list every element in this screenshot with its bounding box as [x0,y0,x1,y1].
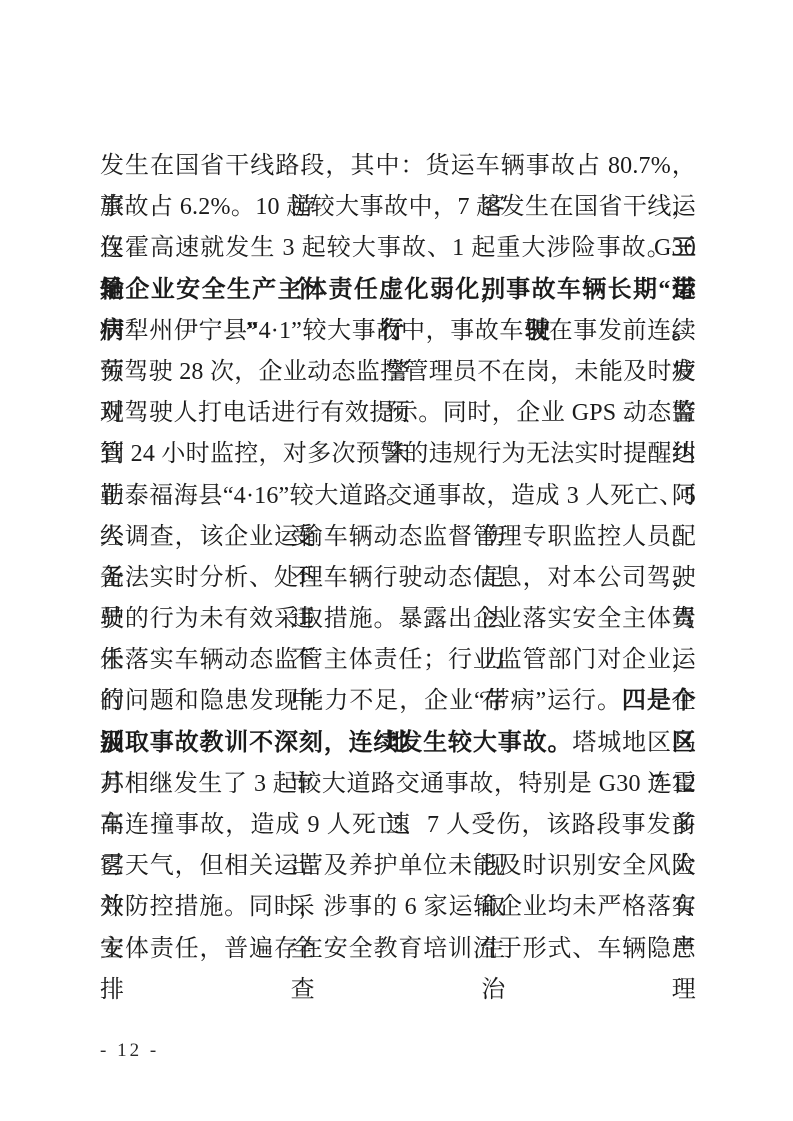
text-line: 未落实车辆动态监管主体责任；行业监管部门对企业运行中存在 [100,640,696,681]
text-line: 雾天气，但相关运营及养护单位未能及时识别安全风险并采取有 [100,846,696,887]
text-segment: 主体责任，普遍存在安全教育培训流于形式、车辆隐患排查治理 [100,936,696,1003]
text-segment-bold: 汲取事故教训不深刻，连续发生较大事故。 [100,730,572,756]
text-line: 事故占 6.2%。10 起较大事故中，7 起发生在国省干线，仅 G30 [100,187,696,228]
text-line: 无法实时分析、处理车辆行驶动态信息，对本公司驾驶员违法驾 [100,558,696,599]
text-line: 汲取事故教训不深刻，连续发生较大事故。塔城地区乌苏市 7-12 [100,723,696,764]
text-line: 对驾驶人打电话进行有效提示。同时，企业 GPS 动态监管未达 [100,393,696,434]
text-line: 连霍高速就发生 3 起较大事故、1 起重大涉险事故。三是个别运 [100,228,696,269]
text-line: 效防控措施。同时，涉事的 6 家运输企业均未严格落实安全生产 [100,887,696,928]
text-line: 驶的行为未有效采取措施。暴露出企业落实安全主体责任不力， [100,599,696,640]
text-line: 经调查，该企业运输车辆动态监督管理专职监控人员配备不足， [100,517,696,558]
text-segment: 的问题和隐患发现能力不足，企业“带病”运行。 [100,688,622,714]
text-line: 伊犁州伊宁县“4·1”较大事故中，事故车辆在事发前连续预警疲 [100,311,696,352]
text-segment: 连霍高速就发生 3 起较大事故、1 起重大涉险事故。 [100,235,672,261]
text-line: 到 24 小时监控，对多次预警的违规行为无法实时提醒纠正。阿 [100,434,696,475]
text-line: 输企业安全生产主体责任虚化弱化，事故车辆长期“带病”行驶。 [100,270,696,311]
text-line: 勒泰福海县“4·16”较大道路交通事故，造成 3 人死亡、5 人受伤。 [100,476,696,517]
text-line: 发生在国省干线路段，其中：货运车辆事故占 80.7%，旅游客运 [100,146,696,187]
text-line: 的问题和隐患发现能力不足，企业“带病”运行。四是个别地区 [100,681,696,722]
text-line: 车连撞事故，造成 9 人死亡、7 人受伤，该路段事发前已出现大 [100,805,696,846]
text-line: 劳驾驶 28 次，企业动态监控管理员不在岗，未能及时发现预警 [100,352,696,393]
document-page: 发生在国省干线路段，其中：货运车辆事故占 80.7%，旅游客运事故占 6.2%。… [0,0,793,1121]
text-line: 主体责任，普遍存在安全教育培训流于形式、车辆隐患排查治理 [100,929,696,970]
text-line: 月相继发生了 3 起较大道路交通事故，特别是 G30 连霍高速多 [100,764,696,805]
page-number: - 12 - [100,1040,159,1062]
body-text: 发生在国省干线路段，其中：货运车辆事故占 80.7%，旅游客运事故占 6.2%。… [100,146,696,970]
